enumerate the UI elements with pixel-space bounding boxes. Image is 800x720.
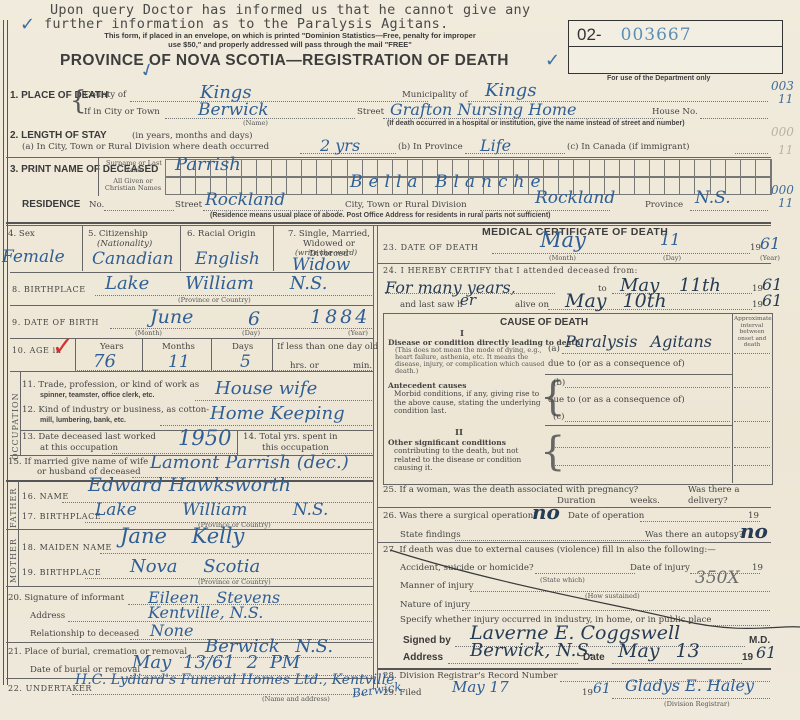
residence-city-value: Rockland xyxy=(535,188,615,208)
municipality-label: Municipality of xyxy=(402,90,468,100)
month-caption: (Month) xyxy=(135,329,162,337)
disease-note: (This does not mean the mode of dying, e… xyxy=(395,347,545,375)
birthplace-label: 8. BIRTHPLACE xyxy=(12,285,86,294)
street-label: Street xyxy=(357,107,384,117)
burial-date-value: May 13/61 2 PM xyxy=(132,652,300,673)
state-findings-label: State findings xyxy=(400,530,461,540)
q12-value: Home Keeping xyxy=(210,403,345,424)
mother-maiden-name-label: 18. MAIDEN NAME xyxy=(22,543,112,552)
q13-value: 1950 xyxy=(178,426,231,450)
q11-label: 11. Trade, profession, or kind of work a… xyxy=(22,380,199,390)
dob-label: 9. DATE OF BIRTH xyxy=(12,318,99,327)
red-check-mark-icon: ✓ xyxy=(52,332,74,362)
months-value: 11 xyxy=(168,352,190,372)
place-of-death-label: 1. PLACE OF DEATH xyxy=(10,90,62,101)
department-note: For use of the Department only xyxy=(607,75,710,82)
antecedent-note: Morbid conditions, if any, giving rise t… xyxy=(394,390,544,416)
section-ii-label: II xyxy=(455,428,463,438)
years-value: 76 xyxy=(93,351,116,372)
informant-address-value: Kentville, N.S. xyxy=(148,603,263,622)
check-mark-icon: ✓ xyxy=(545,50,560,71)
certify-label: 24. I HEREBY CERTIFY that I attended dec… xyxy=(383,266,638,275)
cause-c-label: (c) xyxy=(553,412,565,422)
relationship-value: None xyxy=(150,621,193,640)
autopsy-label: Was there an autopsy? xyxy=(645,530,743,540)
cause-a-label: (a) xyxy=(548,344,560,354)
filed-year: 61 xyxy=(593,681,611,697)
residence-street-value: Rockland xyxy=(205,190,285,210)
dob-day: 6 xyxy=(248,308,260,330)
racial-origin-value: English xyxy=(195,249,260,269)
city-value: Berwick xyxy=(198,100,269,120)
stay-province-value: Life xyxy=(480,136,511,155)
q26-value: no xyxy=(532,500,560,524)
margin-code-3: 000 xyxy=(771,183,794,197)
q26-date-label: Date of operation xyxy=(568,511,644,521)
q25-label: 25. If a woman, was the death associated… xyxy=(383,485,638,495)
dod-year-caption: (Year) xyxy=(760,254,780,262)
residence-city-label: City, Town or Rural Division xyxy=(345,200,467,210)
q25-weeks-label: weeks. xyxy=(630,496,660,506)
residence-province-label: Province xyxy=(645,200,683,210)
days-label: Days xyxy=(232,342,253,352)
mother-birthplace-caption: (Province or Country) xyxy=(198,578,271,586)
sex-value: Female xyxy=(2,247,65,267)
q13-label: 13. Date deceased last worked xyxy=(22,432,156,442)
stay-city-value: 2 yrs xyxy=(320,136,360,155)
citizenship-value: Canadian xyxy=(92,249,174,269)
undertaker-caption: (Name and address) xyxy=(262,695,330,703)
father-name-value: Edward Hawksworth xyxy=(88,474,291,496)
last-saw-label: and last saw h xyxy=(400,300,463,310)
mail-notice-line2: use $50," and properly addressed will pa… xyxy=(70,40,510,49)
serial-prefix: 02- xyxy=(577,25,602,44)
alive-on-value: May 10th xyxy=(565,290,667,312)
residence-no-label: No. xyxy=(89,200,104,210)
margin-code-1: 003 xyxy=(771,79,794,93)
date-of-death-month: May xyxy=(540,228,586,252)
signature-address-label: Address xyxy=(403,652,443,663)
racial-origin-label: 6. Racial Origin xyxy=(187,229,256,239)
dob-month: June xyxy=(150,306,193,328)
margin-code-3-sub: 11 xyxy=(778,196,793,210)
date-of-death-year: 61 xyxy=(760,234,780,253)
length-of-stay-label: 2. LENGTH OF STAY xyxy=(10,130,107,141)
municipality-value: Kings xyxy=(485,80,537,101)
stay-city-label: (a) In City, Town or Rural Division wher… xyxy=(22,142,269,152)
alive-on-label: alive on xyxy=(515,300,549,310)
cause-a-value: Paralysis Agitans xyxy=(565,332,712,351)
undertaker-value: H.C. Lydiard's Funeral Homes Ltd., Kentv… xyxy=(75,672,394,688)
county-label: County of xyxy=(84,90,126,100)
typed-note-line2: further information as to the Paralysis … xyxy=(44,16,449,32)
street-value: Grafton Nursing Home xyxy=(390,100,576,119)
residence-province-value: N.S. xyxy=(695,188,731,208)
father-side-label: FATHER xyxy=(9,483,18,528)
q13-sub: at this occupation xyxy=(40,443,118,453)
mother-birthplace-value: Nova Scotia xyxy=(130,556,260,577)
due-to-label-2: due to (or as a consequence of) xyxy=(548,395,685,405)
signature-address-value: Berwick, N.S. xyxy=(470,640,594,661)
due-to-label-1: due to (or as a consequence of) xyxy=(548,359,685,369)
informant-address-label: Address xyxy=(30,611,65,621)
mail-notice-line1: This form, if placed in an envelope, on … xyxy=(70,31,510,40)
surname-label: Surname or Last Name xyxy=(103,160,165,174)
signature-date-label: Date xyxy=(583,652,605,663)
print-name-label: 3. PRINT NAME OF DECEASED xyxy=(10,162,95,178)
year-caption: (Year) xyxy=(348,329,368,337)
alive-year: 61 xyxy=(762,291,782,310)
q11-value: House wife xyxy=(215,378,317,399)
q12-label: 12. Kind of industry or business, as cot… xyxy=(22,405,209,415)
margin-code-2: 000 xyxy=(771,125,794,139)
q25-delivery-label: Was there a delivery? xyxy=(688,485,768,507)
residence-note: (Residence means usual place of abode. P… xyxy=(210,212,551,219)
city-label: If in City or Town xyxy=(84,107,160,117)
father-birthplace-label: 17. BIRTHPLACE xyxy=(22,512,101,521)
stay-canada-label: (c) In Canada (if immigrant) xyxy=(567,142,690,152)
q11-sub: spinner, teamster, office clerk, etc. xyxy=(40,392,154,399)
surname-value: Parrish xyxy=(175,154,241,175)
serial-number-box: 02- 003667 xyxy=(568,20,783,74)
day-caption: (Day) xyxy=(242,329,260,337)
attended-from-value: For many years, xyxy=(385,278,516,297)
signed-by-label: Signed by xyxy=(403,635,451,646)
residence-street-label: Street xyxy=(175,200,202,210)
division-registrar-caption: (Division Registrar) xyxy=(664,700,730,708)
strike-line xyxy=(380,545,800,630)
father-name-label: 16. NAME xyxy=(22,492,69,501)
father-birthplace-value: Lake William N.S. xyxy=(95,500,328,520)
margin-code-1-sub: 11 xyxy=(778,92,793,106)
q15-value: Lamont Parrish (dec.) xyxy=(150,452,349,473)
mother-side-label: MOTHER xyxy=(9,533,18,583)
dod-month-caption: (Month) xyxy=(549,254,576,262)
cause-of-death-heading: CAUSE OF DEATH xyxy=(500,317,588,328)
mother-maiden-name-value: Jane Kelly xyxy=(120,524,244,548)
q14-label: 14. Total yrs. spent in xyxy=(243,432,338,442)
months-label: Months xyxy=(162,342,195,352)
filed-date-value: May 17 xyxy=(452,678,509,696)
relationship-label: Relationship to deceased xyxy=(30,629,139,639)
form-title: PROVINCE OF NOVA SCOTIA—REGISTRATION OF … xyxy=(60,52,509,70)
margin-code-2-sub: 11 xyxy=(778,143,793,157)
date-of-death-label: 23. DATE OF DEATH xyxy=(383,243,479,252)
days-value: 5 xyxy=(240,352,251,372)
less-than-day-label: If less than one day old xyxy=(277,342,378,352)
informant-signature-label: 20. Signature of informant xyxy=(8,593,124,603)
birthplace-value: Lake William N.S. xyxy=(105,273,327,294)
check-mark-icon: ✓ xyxy=(20,14,35,35)
house-no-label: House No. xyxy=(652,107,698,117)
interval-heading: Approximate interval between onset and d… xyxy=(734,316,770,349)
q15-label: 15. If married give name of wife xyxy=(8,457,148,467)
stay-province-label: (b) In Province xyxy=(398,142,463,152)
hospital-note: (If death occurred in a hospital or inst… xyxy=(387,120,685,127)
autopsy-value: no xyxy=(740,519,768,543)
death-registration-form: Upon query Doctor has informed us that h… xyxy=(0,0,800,720)
name-caption: (Name) xyxy=(243,119,268,127)
residence-label: RESIDENCE xyxy=(22,199,80,210)
serial-number: 003667 xyxy=(621,25,692,45)
last-saw-suffix: er xyxy=(460,291,476,309)
signature-date-value: May 13 xyxy=(618,640,700,662)
occupation-side-label: OCCUPATION xyxy=(11,380,20,460)
given-names-value: Bella Blanche xyxy=(350,172,547,192)
given-names-label: All Given or Christian Names xyxy=(100,178,166,192)
citizenship-sub: (Nationality) xyxy=(97,239,152,249)
birthplace-caption: (Province or Country) xyxy=(178,296,251,304)
length-of-stay-note: (in years, months and days) xyxy=(132,131,253,141)
other-conditions-note: contributing to the death, but not relat… xyxy=(394,447,544,473)
filed-year-prefix: 19 xyxy=(582,688,593,698)
q12-sub: mill, lumbering, bank, etc. xyxy=(40,417,126,424)
sex-label: 4. Sex xyxy=(8,229,35,239)
dod-day-caption: (Day) xyxy=(663,254,681,262)
cause-b-label: (b) xyxy=(553,378,565,388)
citizenship-label: 5. Citizenship xyxy=(88,229,148,239)
signature-year: 61 xyxy=(756,643,776,662)
mother-birthplace-label: 19. BIRTHPLACE xyxy=(22,568,101,577)
dob-year: 1884 xyxy=(310,306,370,328)
date-of-death-day: 11 xyxy=(660,230,680,249)
division-registrar-value: Gladys E. Haley xyxy=(625,676,754,695)
q25-duration-label: Duration xyxy=(557,496,596,506)
q26-label: 26. Was there a surgical operation? xyxy=(383,511,538,521)
signature-year-prefix: 19 xyxy=(742,652,753,663)
